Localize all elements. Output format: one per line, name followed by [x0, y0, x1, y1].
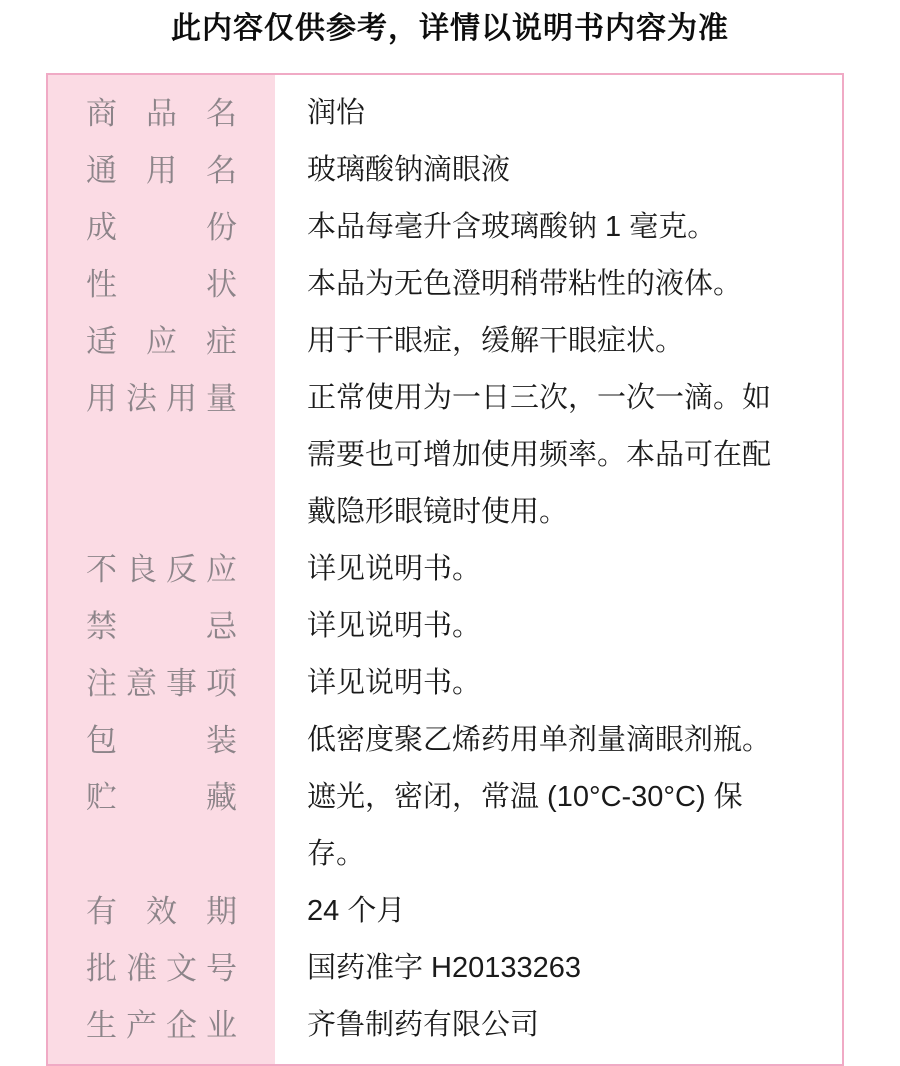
row-label-approval-number: 批准文号 — [48, 940, 275, 997]
table-row: 生产企业 齐鲁制药有限公司 — [48, 997, 842, 1021]
row-value-shelf-life: 24 个月 — [275, 883, 842, 940]
row-label-storage: 贮藏 — [48, 769, 275, 826]
table-row: 成份 本品每毫升含玻璃酸钠 1 毫克。 — [48, 199, 842, 256]
row-label-packaging: 包装 — [48, 712, 275, 769]
table-row: 有效期 24 个月 — [48, 883, 842, 940]
table-row: 性状 本品为无色澄明稍带粘性的液体。 — [48, 256, 842, 313]
table-row: 用法用量 正常使用为一日三次，一次一滴。如需要也可增加使用频率。本品可在配戴隐形… — [48, 370, 842, 541]
row-value-contraindications: 详见说明书。 — [275, 598, 842, 655]
row-label-shelf-life: 有效期 — [48, 883, 275, 940]
row-value-indications: 用于干眼症，缓解干眼症状。 — [275, 313, 842, 370]
table-row: 商品名 润怡 — [48, 85, 842, 142]
row-value-properties: 本品为无色澄明稍带粘性的液体。 — [275, 256, 842, 313]
row-value-dosage: 正常使用为一日三次，一次一滴。如需要也可增加使用频率。本品可在配戴隐形眼镜时使用… — [275, 370, 842, 541]
table-row: 禁忌 详见说明书。 — [48, 598, 842, 655]
row-value-precautions: 详见说明书。 — [275, 655, 842, 712]
row-label-dosage: 用法用量 — [48, 370, 275, 427]
table-row: 适应症 用于干眼症，缓解干眼症状。 — [48, 313, 842, 370]
row-value-generic-name: 玻璃酸钠滴眼液 — [275, 142, 842, 199]
table-row: 批准文号 国药准字 H20133263 — [48, 940, 842, 997]
row-value-packaging: 低密度聚乙烯药用单剂量滴眼剂瓶。 — [275, 712, 842, 769]
table-row: 贮藏 遮光，密闭，常温 (10°C-30°C) 保存。 — [48, 769, 842, 883]
row-label-adverse-reactions: 不良反应 — [48, 541, 275, 598]
row-label-brand-name: 商品名 — [48, 85, 275, 142]
row-label-manufacturer: 生产企业 — [48, 997, 275, 1021]
table-row: 通用名 玻璃酸钠滴眼液 — [48, 142, 842, 199]
row-value-manufacturer: 齐鲁制药有限公司 — [275, 997, 842, 1021]
row-value-storage: 遮光，密闭，常温 (10°C-30°C) 保存。 — [275, 769, 842, 883]
table-row: 包装 低密度聚乙烯药用单剂量滴眼剂瓶。 — [48, 712, 842, 769]
row-label-precautions: 注意事项 — [48, 655, 275, 712]
row-value-adverse-reactions: 详见说明书。 — [275, 541, 842, 598]
row-value-brand-name: 润怡 — [275, 85, 842, 142]
product-info-table: 商品名 润怡 通用名 玻璃酸钠滴眼液 成份 本品每毫升含玻璃酸钠 1 毫克。 性… — [46, 73, 844, 1021]
row-value-approval-number: 国药准字 H20133263 — [275, 940, 842, 997]
row-value-ingredients: 本品每毫升含玻璃酸钠 1 毫克。 — [275, 199, 842, 256]
row-label-ingredients: 成份 — [48, 199, 275, 256]
disclaimer-text: 此内容仅供参考，详情以说明书内容为准 — [0, 8, 900, 50]
row-label-indications: 适应症 — [48, 313, 275, 370]
table-row: 不良反应 详见说明书。 — [48, 541, 842, 598]
row-label-generic-name: 通用名 — [48, 142, 275, 199]
row-label-contraindications: 禁忌 — [48, 598, 275, 655]
table-row: 注意事项 详见说明书。 — [48, 655, 842, 712]
row-label-properties: 性状 — [48, 256, 275, 313]
